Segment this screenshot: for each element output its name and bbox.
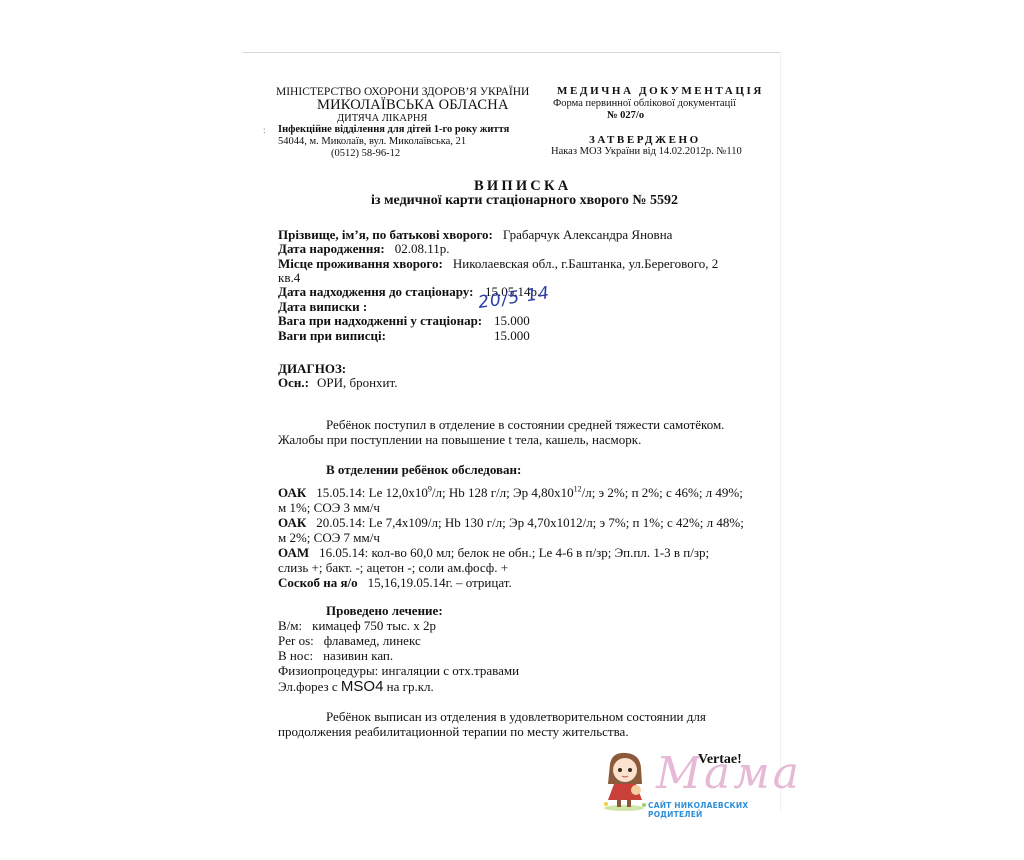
scan-border-top (242, 52, 780, 53)
birth-date-value: 02.08.11р. (395, 241, 450, 256)
lab-result-cbc-2: ОАК20.05.14: Le 7,4x109/л; Hb 130 г/л; Э… (278, 515, 744, 530)
admission-text-line-2: Жалобы при поступлении на повышение t те… (278, 432, 641, 447)
main-diagnosis-row: Осн.:ОРИ, бронхит. (278, 375, 397, 391)
treatment-item: Физиопроцедуры: ингаляции с отх.травами (278, 663, 519, 678)
signature-text: Vertae! (698, 752, 742, 768)
discharge-date-label: Дата виписки : (278, 299, 367, 314)
lab-label: ОАК (278, 485, 306, 500)
oblast-name: МИКОЛАЇВСЬКА ОБЛАСНА (317, 97, 509, 114)
scan-border-right (780, 52, 781, 812)
form-number: № 027/о (607, 110, 644, 121)
examination-heading: В отделении ребёнок обследован: (326, 462, 521, 478)
scan-speck: : (263, 125, 266, 135)
discharge-weight-label: Ваги при виписці: (278, 328, 386, 343)
girl-mascot-icon (600, 750, 652, 812)
birth-date-row: Дата народження:02.08.11р. (278, 241, 449, 256)
approved-heading: ЗАТВЕРДЖЕНО (589, 134, 701, 146)
residence-label: Місце проживання хворого: (278, 256, 443, 271)
lab-result-urinalysis-cont: слизь +; бакт. -; ацетон -; соли ам.фосф… (278, 560, 508, 575)
residence-value: Николаевская обл., г.Баштанка, ул.Берего… (453, 256, 718, 271)
hospital-name: ДИТЯЧА ЛІКАРНЯ (337, 113, 427, 124)
patient-name-value: Грабарчук Александра Яновна (503, 227, 673, 242)
discharge-text-line-1: Ребёнок выписан из отделения в удовлетво… (326, 709, 706, 724)
treatment-heading: Проведено лечение: (326, 603, 443, 619)
residence-row: Місце проживання хворого:Николаевская об… (278, 256, 718, 271)
hospital-address: 54044, м. Миколаїв, вул. Миколаївська, 2… (278, 136, 466, 147)
patient-name-label: Прізвище, ім’я, по батькові хворого: (278, 227, 493, 242)
main-diagnosis-label: Осн.: (278, 375, 309, 390)
residence-continuation: кв.4 (278, 270, 300, 285)
treatment-item: Per os:флавамед, линекс (278, 633, 421, 648)
hospital-phone: (0512) 58-96-12 (331, 148, 400, 159)
main-diagnosis-value: ОРИ, бронхит. (317, 375, 398, 390)
order-reference: Наказ МОЗ України від 14.02.2012р. №110 (551, 146, 742, 157)
lab-result-cbc-1: ОАК15.05.14: Le 12,0x109/л; Hb 128 г/л; … (278, 485, 743, 500)
form-description: Форма первинної облікової документації (553, 98, 736, 109)
site-tagline: САЙТ НИКОЛАЕВСКИХ РОДИТЕЛЕЙ (648, 801, 790, 819)
site-watermark-logo: Мама Vertae! САЙТ НИКОЛАЕВСКИХ РОДИТЕЛЕЙ (600, 748, 790, 818)
patient-name-row: Прізвище, ім’я, по батькові хворого:Граб… (278, 227, 672, 242)
department-name: Інфекційне відділення для дітей 1-го рок… (278, 124, 509, 135)
treatment-item: Эл.форез с MSO4 на гр.кл. (278, 679, 434, 694)
admission-date-label: Дата надходження до стаціонару: (278, 284, 473, 299)
treatment-item: В нос:називин кап. (278, 648, 393, 663)
medical-documentation-heading: МЕДИЧНА ДОКУМЕНТАЦІЯ (557, 85, 764, 97)
admission-weight-value: 15.000 (494, 313, 530, 328)
document-subtitle: із медичної карти стаціонарного хворого … (371, 193, 678, 209)
lab-result-cbc-1-cont: м 1%; СОЭ 3 мм/ч (278, 500, 380, 515)
lab-result-urinalysis: ОАМ16.05.14: кол-во 60,0 мл; белок не об… (278, 545, 709, 560)
treatment-item: В/м:кимацеф 750 тыс. х 2р (278, 618, 436, 633)
birth-date-label: Дата народження: (278, 241, 385, 256)
lab-label: ОАМ (278, 545, 309, 560)
discharge-text-line-2: продолжения реабилитационной терапии по … (278, 724, 629, 739)
discharge-weight-value: 15.000 (494, 328, 530, 343)
lab-label: ОАК (278, 515, 306, 530)
lab-result-swab: Соскоб на я/о15,16,19.05.14г. – отрицат. (278, 575, 512, 590)
admission-weight-label: Вага при надходженні у стаціонар: (278, 313, 482, 328)
lab-label: Соскоб на я/о (278, 575, 358, 590)
lab-result-cbc-2-cont: м 2%; СОЭ 7 мм/ч (278, 530, 380, 545)
admission-text-line-1: Ребёнок поступил в отделение в состоянии… (326, 417, 724, 432)
